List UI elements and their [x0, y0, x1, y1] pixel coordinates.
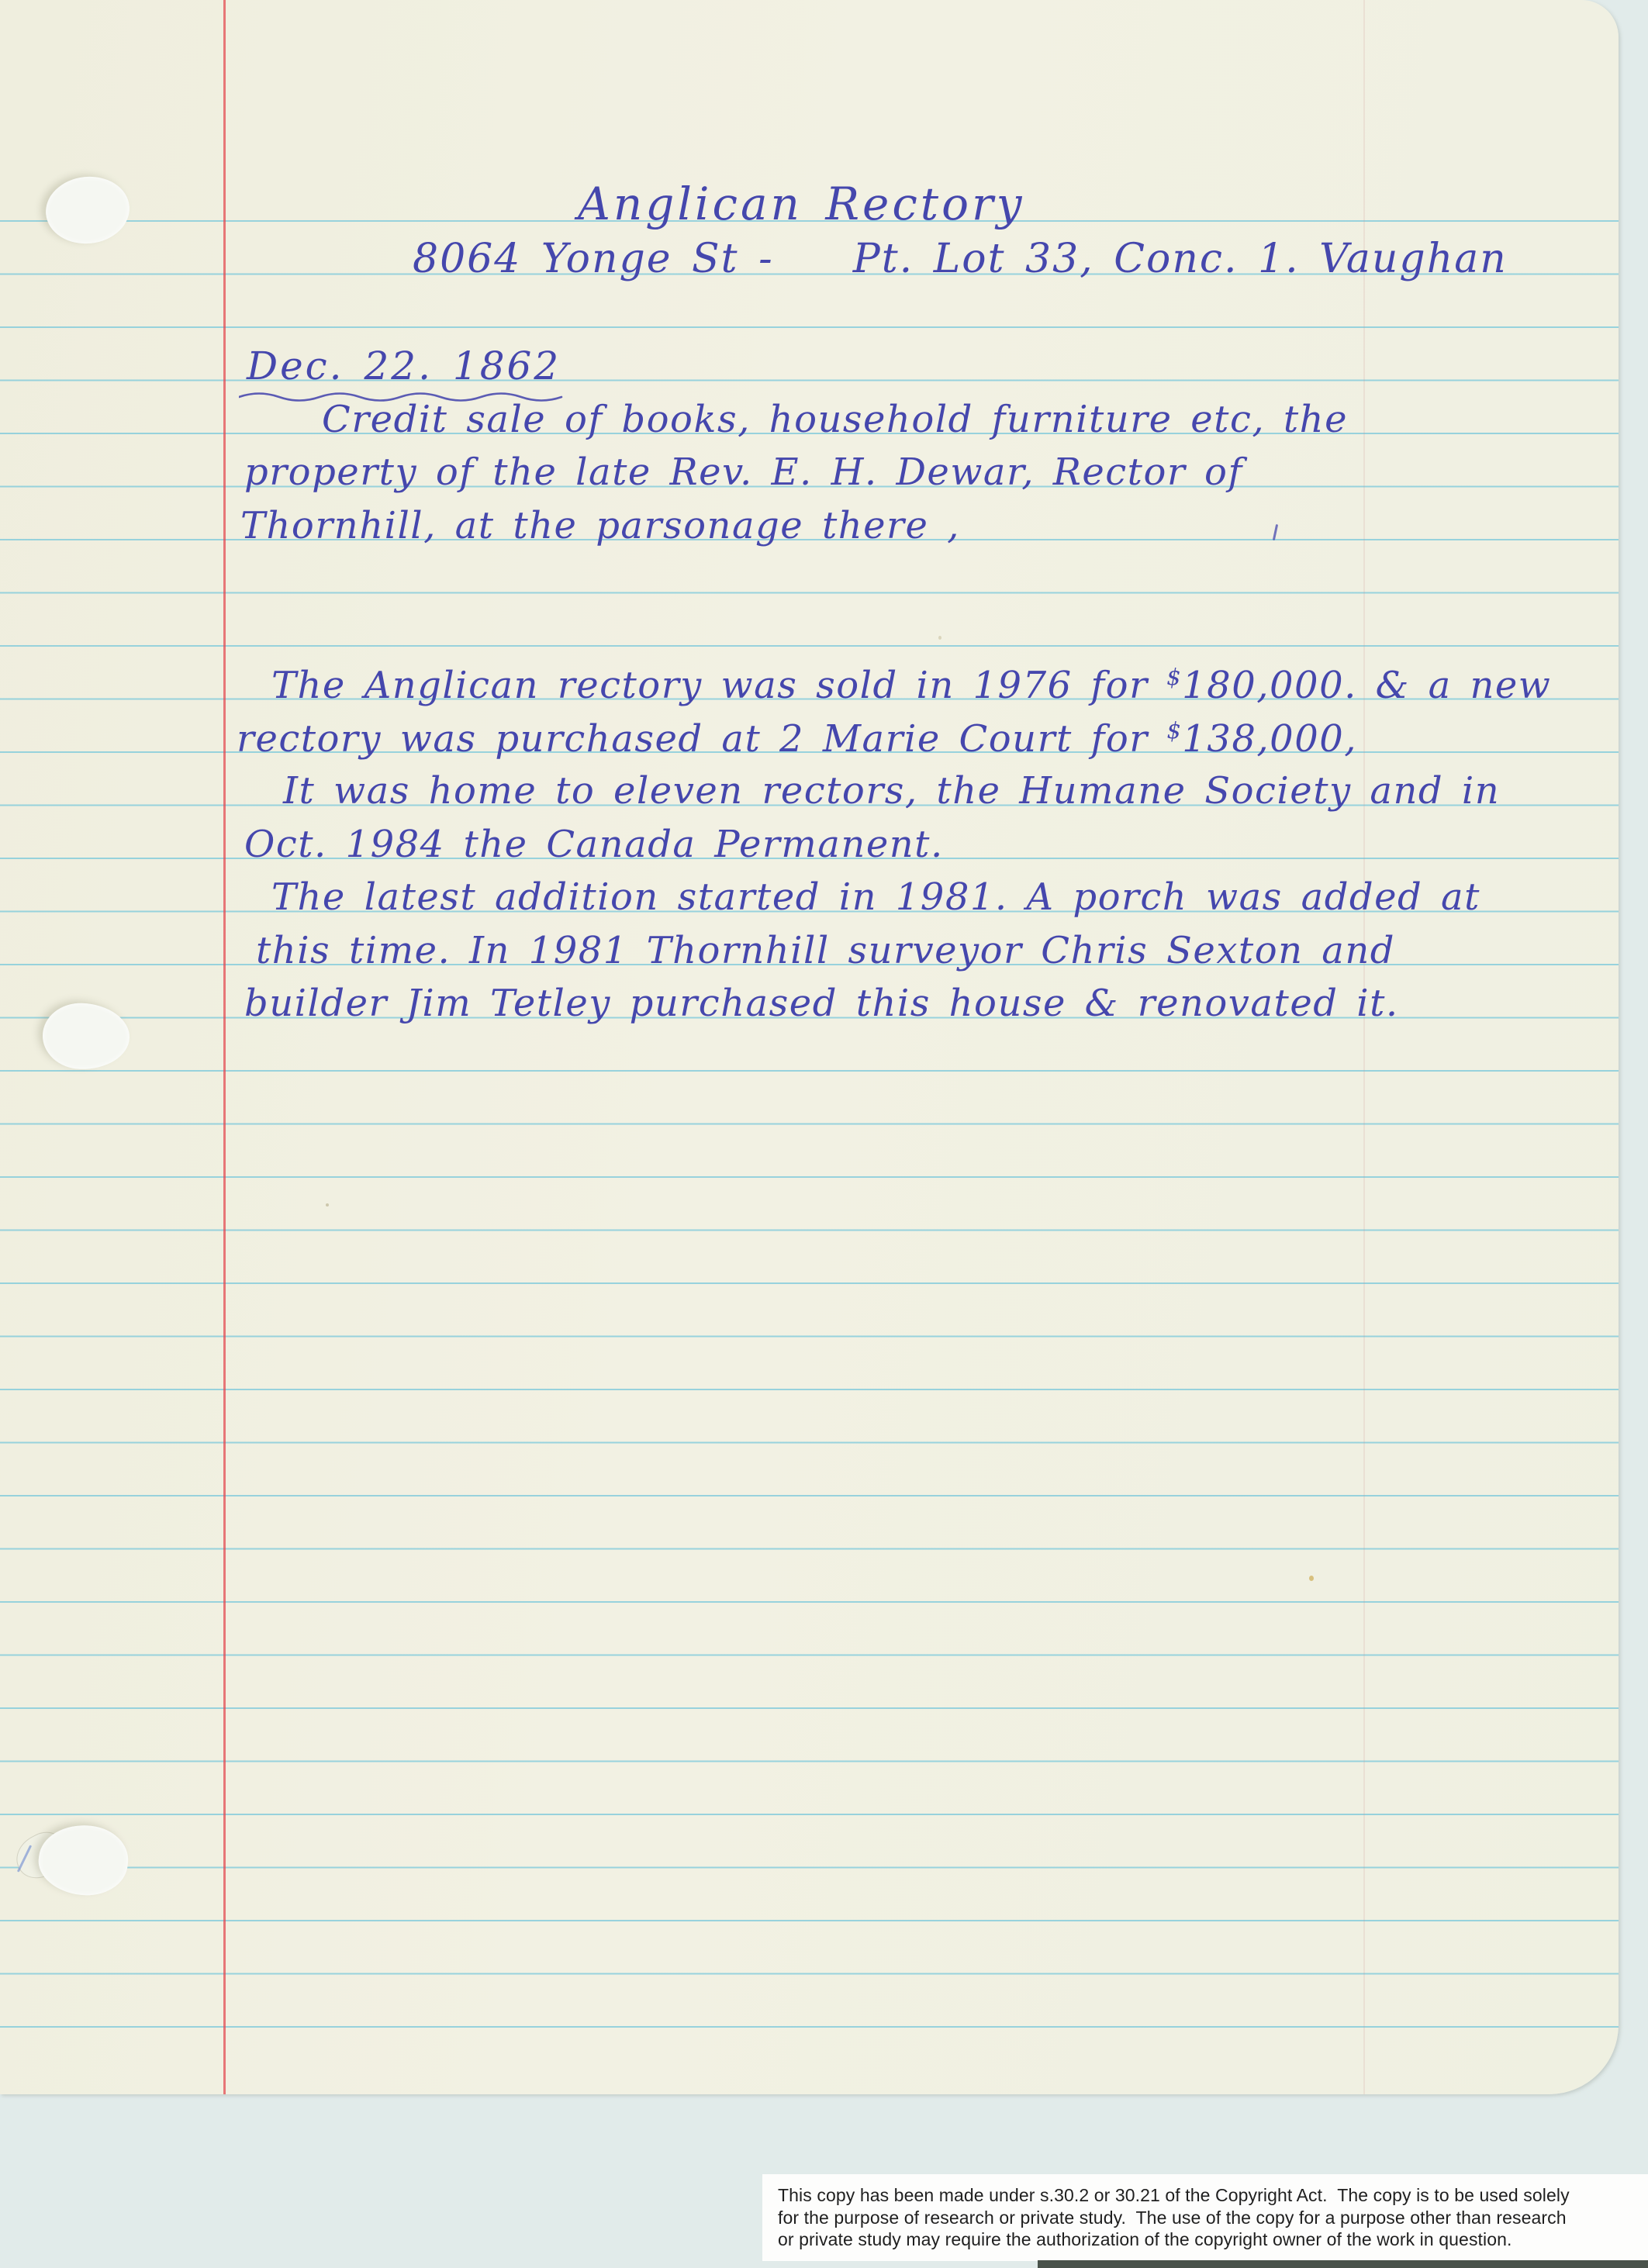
superscript-dollar: $: [1166, 717, 1182, 744]
handwriting-date-heading: Dec. 22. 1862: [247, 347, 561, 385]
handwriting-layer: Anglican Rectory8064 Yonge St - Pt. Lot …: [0, 0, 1619, 2094]
handwriting-para1-line2: property of the late Rev. E. H. Dewar, R…: [244, 454, 1243, 491]
handwriting-para1-line1: Credit sale of books, household furnitur…: [322, 401, 1348, 438]
notebook-paper: Anglican Rectory8064 Yonge St - Pt. Lot …: [0, 0, 1619, 2094]
copyright-line: This copy has been made under s.30.2 or …: [778, 2184, 1648, 2207]
paper-speck: [326, 1203, 329, 1206]
handwriting-para2-line1: The Anglican rectory was sold in 1976 fo…: [271, 666, 1551, 704]
handwriting-para3-line2: this time. In 1981 Thornhill surveyor Ch…: [256, 932, 1395, 969]
handwriting-para3-line3: builder Jim Tetley purchased this house …: [244, 985, 1399, 1022]
copyright-line: for the purpose of research or private s…: [778, 2207, 1648, 2229]
superscript-dollar: $: [1166, 664, 1182, 690]
copyright-stamp: This copy has been made under s.30.2 or …: [762, 2174, 1648, 2261]
handwriting-para1-line3: Thornhill, at the parsonage there ,: [240, 507, 960, 544]
handwriting-address: 8064 Yonge St - Pt. Lot 33, Conc. 1. Vau…: [413, 239, 1508, 279]
paper-speck: [938, 636, 941, 640]
handwriting-para2-line4: Oct. 1984 the Canada Permanent.: [244, 826, 944, 863]
copyright-line: or private study may require the authori…: [778, 2228, 1648, 2251]
scanned-notebook-page: { "colors": { "paper": "#f1f0e2", "ruled…: [0, 0, 1648, 2268]
scan-edge-strip: [1038, 2260, 1648, 2268]
handwriting-para3-line1: The latest addition started in 1981. A p…: [271, 879, 1480, 916]
handwriting-para2-line2: rectory was purchased at 2 Marie Court f…: [237, 720, 1357, 758]
handwriting-para2-line3: It was home to eleven rectors, the Human…: [283, 772, 1500, 810]
handwriting-title: Anglican Rectory: [578, 181, 1025, 226]
paper-speck: [1309, 1576, 1314, 1581]
